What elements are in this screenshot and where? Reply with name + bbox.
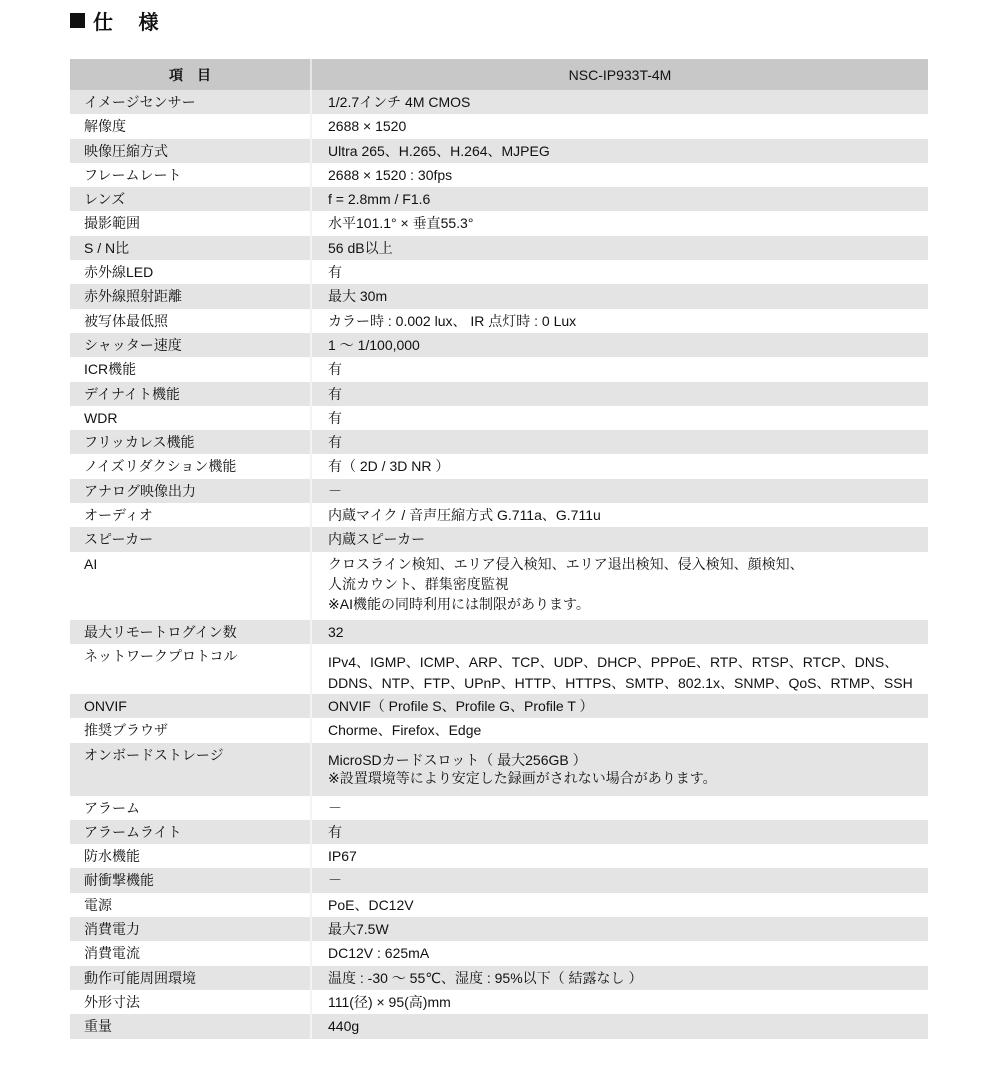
- spec-value: 水平101.1° × 垂直55.3°: [311, 211, 928, 235]
- table-row: アラームライト有: [70, 820, 928, 844]
- spec-value: f = 2.8mm / F1.6: [311, 187, 928, 211]
- spec-value: Chorme、Firefox、Edge: [311, 718, 928, 742]
- spec-value: 440g: [311, 1014, 928, 1038]
- spec-value-line: 111(径) × 95(高)mm: [328, 992, 928, 1012]
- spec-label: 消費電力: [70, 917, 311, 941]
- table-row: ONVIFONVIF（ Profile S、Profile G、Profile …: [70, 694, 928, 718]
- table-row: 動作可能周囲環境温度 : -30 ～ 55℃、湿度 : 95%以下（ 結露なし …: [70, 966, 928, 990]
- spec-table-body: イメージセンサー1/2.7インチ 4M CMOS解像度2688 × 1520映像…: [70, 90, 928, 1039]
- spec-label: オンボードストレージ: [70, 743, 311, 796]
- spec-value: －: [311, 796, 928, 820]
- table-row: ICR機能有: [70, 357, 928, 381]
- spec-label: ONVIF: [70, 694, 311, 718]
- spec-label: WDR: [70, 406, 311, 430]
- spec-value: ONVIF（ Profile S、Profile G、Profile T ）: [311, 694, 928, 718]
- spec-value: 有: [311, 357, 928, 381]
- spec-label: レンズ: [70, 187, 311, 211]
- table-row: WDR有: [70, 406, 928, 430]
- spec-label: アラーム: [70, 796, 311, 820]
- spec-label: 映像圧縮方式: [70, 139, 311, 163]
- spec-value: PoE、DC12V: [311, 893, 928, 917]
- spec-value: 有（ 2D / 3D NR ）: [311, 454, 928, 478]
- table-row: オーディオ内蔵マイク / 音声圧縮方式 G.711a、G.711u: [70, 503, 928, 527]
- table-row: フリッカレス機能有: [70, 430, 928, 454]
- spec-value-line: 有: [328, 359, 928, 379]
- square-bullet-icon: [70, 13, 85, 28]
- spec-value: 最大7.5W: [311, 917, 928, 941]
- table-row: デイナイト機能有: [70, 382, 928, 406]
- spec-value-line: 最大 30m: [328, 286, 928, 306]
- spec-value-line: 温度 : -30 ～ 55℃、湿度 : 95%以下（ 結露なし ）: [328, 968, 928, 988]
- header-item: 項 目: [70, 59, 311, 90]
- spec-value-line: 有: [328, 432, 928, 452]
- spec-label: AI: [70, 552, 311, 620]
- spec-value: 最大 30m: [311, 284, 928, 308]
- spec-value: 有: [311, 260, 928, 284]
- table-row: 撮影範囲水平101.1° × 垂直55.3°: [70, 211, 928, 235]
- spec-value-line: Ultra 265、H.265、H.264、MJPEG: [328, 141, 928, 161]
- spec-value: 内蔵マイク / 音声圧縮方式 G.711a、G.711u: [311, 503, 928, 527]
- spec-value-line: 440g: [328, 1016, 928, 1036]
- spec-label: イメージセンサー: [70, 90, 311, 114]
- spec-value-line: 1 ～ 1/100,000: [328, 335, 928, 355]
- table-row: ノイズリダクション機能有（ 2D / 3D NR ）: [70, 454, 928, 478]
- spec-value: IP67: [311, 844, 928, 868]
- spec-label: アナログ映像出力: [70, 479, 311, 503]
- table-row: 電源PoE、DC12V: [70, 893, 928, 917]
- spec-value-line: 有: [328, 262, 928, 282]
- spec-value-line: 水平101.1° × 垂直55.3°: [328, 213, 928, 233]
- spec-value: カラー時 : 0.002 lux、 IR 点灯時 : 0 Lux: [311, 309, 928, 333]
- table-row: 推奨ブラウザChorme、Firefox、Edge: [70, 718, 928, 742]
- spec-value-line: PoE、DC12V: [328, 895, 928, 915]
- spec-label: 外形寸法: [70, 990, 311, 1014]
- spec-value: 2688 × 1520: [311, 114, 928, 138]
- table-row: スピーカー内蔵スピーカー: [70, 527, 928, 551]
- spec-value-line: 2688 × 1520 : 30fps: [328, 165, 928, 185]
- table-row: アラーム－: [70, 796, 928, 820]
- spec-label: フリッカレス機能: [70, 430, 311, 454]
- spec-value: 111(径) × 95(高)mm: [311, 990, 928, 1014]
- table-row: フレームレート2688 × 1520 : 30fps: [70, 163, 928, 187]
- section-title-text: 仕 様: [93, 6, 169, 35]
- table-row: 映像圧縮方式Ultra 265、H.265、H.264、MJPEG: [70, 139, 928, 163]
- spec-value-line: ONVIF（ Profile S、Profile G、Profile T ）: [328, 696, 928, 716]
- spec-value-line: IP67: [328, 846, 928, 866]
- spec-value: クロスライン検知、エリア侵入検知、エリア退出検知、侵入検知、顔検知、人流カウント…: [311, 552, 928, 620]
- spec-value-line: －: [328, 798, 928, 818]
- spec-value: 有: [311, 382, 928, 406]
- spec-value-line: DC12V : 625mA: [328, 943, 928, 963]
- spec-value: 有: [311, 406, 928, 430]
- spec-value: IPv4、IGMP、ICMP、ARP、TCP、UDP、DHCP、PPPoE、RT…: [311, 644, 928, 694]
- spec-label: スピーカー: [70, 527, 311, 551]
- table-row: S / N比56 dB以上: [70, 236, 928, 260]
- spec-value-line: －: [328, 481, 928, 501]
- table-row: 最大リモートログイン数32: [70, 620, 928, 644]
- spec-label: S / N比: [70, 236, 311, 260]
- spec-label: 赤外線LED: [70, 260, 311, 284]
- table-row: 赤外線照射距離最大 30m: [70, 284, 928, 308]
- spec-label: ネットワークプロトコル: [70, 644, 311, 694]
- spec-label: 電源: [70, 893, 311, 917]
- spec-label: 防水機能: [70, 844, 311, 868]
- spec-value: 1 ～ 1/100,000: [311, 333, 928, 357]
- spec-label: フレームレート: [70, 163, 311, 187]
- spec-value-line: f = 2.8mm / F1.6: [328, 189, 928, 209]
- table-row: レンズf = 2.8mm / F1.6: [70, 187, 928, 211]
- spec-value-line: 1/2.7インチ 4M CMOS: [328, 92, 928, 112]
- spec-value-line: －: [328, 870, 928, 890]
- table-row: オンボードストレージMicroSDカードスロット（ 最大256GB ）※設置環境…: [70, 743, 928, 796]
- spec-value: 有: [311, 430, 928, 454]
- header-model: NSC-IP933T-4M: [311, 59, 928, 90]
- spec-value-line: 有: [328, 384, 928, 404]
- table-row: 消費電力最大7.5W: [70, 917, 928, 941]
- spec-label: 推奨ブラウザ: [70, 718, 311, 742]
- spec-value-line: カラー時 : 0.002 lux、 IR 点灯時 : 0 Lux: [328, 311, 928, 331]
- spec-value: －: [311, 479, 928, 503]
- spec-value: 32: [311, 620, 928, 644]
- table-row: シャッター速度1 ～ 1/100,000: [70, 333, 928, 357]
- spec-value: 56 dB以上: [311, 236, 928, 260]
- table-row: 消費電流DC12V : 625mA: [70, 941, 928, 965]
- spec-label: オーディオ: [70, 503, 311, 527]
- table-row: 耐衝撃機能－: [70, 868, 928, 892]
- spec-value: 温度 : -30 ～ 55℃、湿度 : 95%以下（ 結露なし ）: [311, 966, 928, 990]
- spec-label: ICR機能: [70, 357, 311, 381]
- spec-label: デイナイト機能: [70, 382, 311, 406]
- spec-value-line: 内蔵マイク / 音声圧縮方式 G.711a、G.711u: [328, 505, 928, 525]
- spec-value-line: 56 dB以上: [328, 238, 928, 258]
- spec-label: 消費電流: [70, 941, 311, 965]
- spec-label: 赤外線照射距離: [70, 284, 311, 308]
- spec-value-line: IPv4、IGMP、ICMP、ARP、TCP、UDP、DHCP、PPPoE、RT…: [328, 652, 928, 673]
- table-row: 赤外線LED有: [70, 260, 928, 284]
- table-row: 防水機能IP67: [70, 844, 928, 868]
- table-header-row: 項 目 NSC-IP933T-4M: [70, 59, 928, 90]
- spec-value: Ultra 265、H.265、H.264、MJPEG: [311, 139, 928, 163]
- spec-value-line: ※設置環境等により安定した録画がされない場合があります。: [328, 769, 928, 787]
- spec-value-line: クロスライン検知、エリア侵入検知、エリア退出検知、侵入検知、顔検知、: [328, 554, 928, 574]
- table-row: 被写体最低照カラー時 : 0.002 lux、 IR 点灯時 : 0 Lux: [70, 309, 928, 333]
- table-row: 重量440g: [70, 1014, 928, 1038]
- spec-value: －: [311, 868, 928, 892]
- spec-value-line: Chorme、Firefox、Edge: [328, 720, 928, 740]
- spec-value-line: ※AI機能の同時利用には制限があります。: [328, 594, 928, 614]
- spec-value-line: 最大7.5W: [328, 919, 928, 939]
- spec-value: 内蔵スピーカー: [311, 527, 928, 551]
- spec-label: 最大リモートログイン数: [70, 620, 311, 644]
- table-row: AIクロスライン検知、エリア侵入検知、エリア退出検知、侵入検知、顔検知、人流カウ…: [70, 552, 928, 620]
- table-row: 解像度2688 × 1520: [70, 114, 928, 138]
- spec-value-line: 2688 × 1520: [328, 116, 928, 136]
- spec-label: 動作可能周囲環境: [70, 966, 311, 990]
- section-title: 仕 様: [70, 6, 169, 35]
- spec-value-line: 有: [328, 822, 928, 842]
- spec-value-line: 有（ 2D / 3D NR ）: [328, 456, 928, 476]
- spec-value-line: 内蔵スピーカー: [328, 529, 928, 549]
- spec-value: DC12V : 625mA: [311, 941, 928, 965]
- spec-label: 解像度: [70, 114, 311, 138]
- spec-value-line: MicroSDカードスロット（ 最大256GB ）: [328, 751, 928, 769]
- spec-label: 重量: [70, 1014, 311, 1038]
- spec-label: アラームライト: [70, 820, 311, 844]
- spec-value: MicroSDカードスロット（ 最大256GB ）※設置環境等により安定した録画…: [311, 743, 928, 796]
- spec-label: シャッター速度: [70, 333, 311, 357]
- spec-label: 被写体最低照: [70, 309, 311, 333]
- spec-label: 耐衝撃機能: [70, 868, 311, 892]
- table-row: アナログ映像出力－: [70, 479, 928, 503]
- spec-value-line: 32: [328, 622, 928, 642]
- spec-value: 2688 × 1520 : 30fps: [311, 163, 928, 187]
- spec-value-line: DDNS、NTP、FTP、UPnP、HTTP、HTTPS、SMTP、802.1x…: [328, 673, 928, 694]
- table-row: 外形寸法111(径) × 95(高)mm: [70, 990, 928, 1014]
- spec-label: 撮影範囲: [70, 211, 311, 235]
- table-row: イメージセンサー1/2.7インチ 4M CMOS: [70, 90, 928, 114]
- spec-table: 項 目 NSC-IP933T-4M イメージセンサー1/2.7インチ 4M CM…: [70, 59, 928, 1039]
- spec-label: ノイズリダクション機能: [70, 454, 311, 478]
- spec-value: 有: [311, 820, 928, 844]
- table-row: ネットワークプロトコルIPv4、IGMP、ICMP、ARP、TCP、UDP、DH…: [70, 644, 928, 694]
- spec-value-line: 有: [328, 408, 928, 428]
- spec-value-line: 人流カウント、群集密度監視: [328, 574, 928, 594]
- spec-value: 1/2.7インチ 4M CMOS: [311, 90, 928, 114]
